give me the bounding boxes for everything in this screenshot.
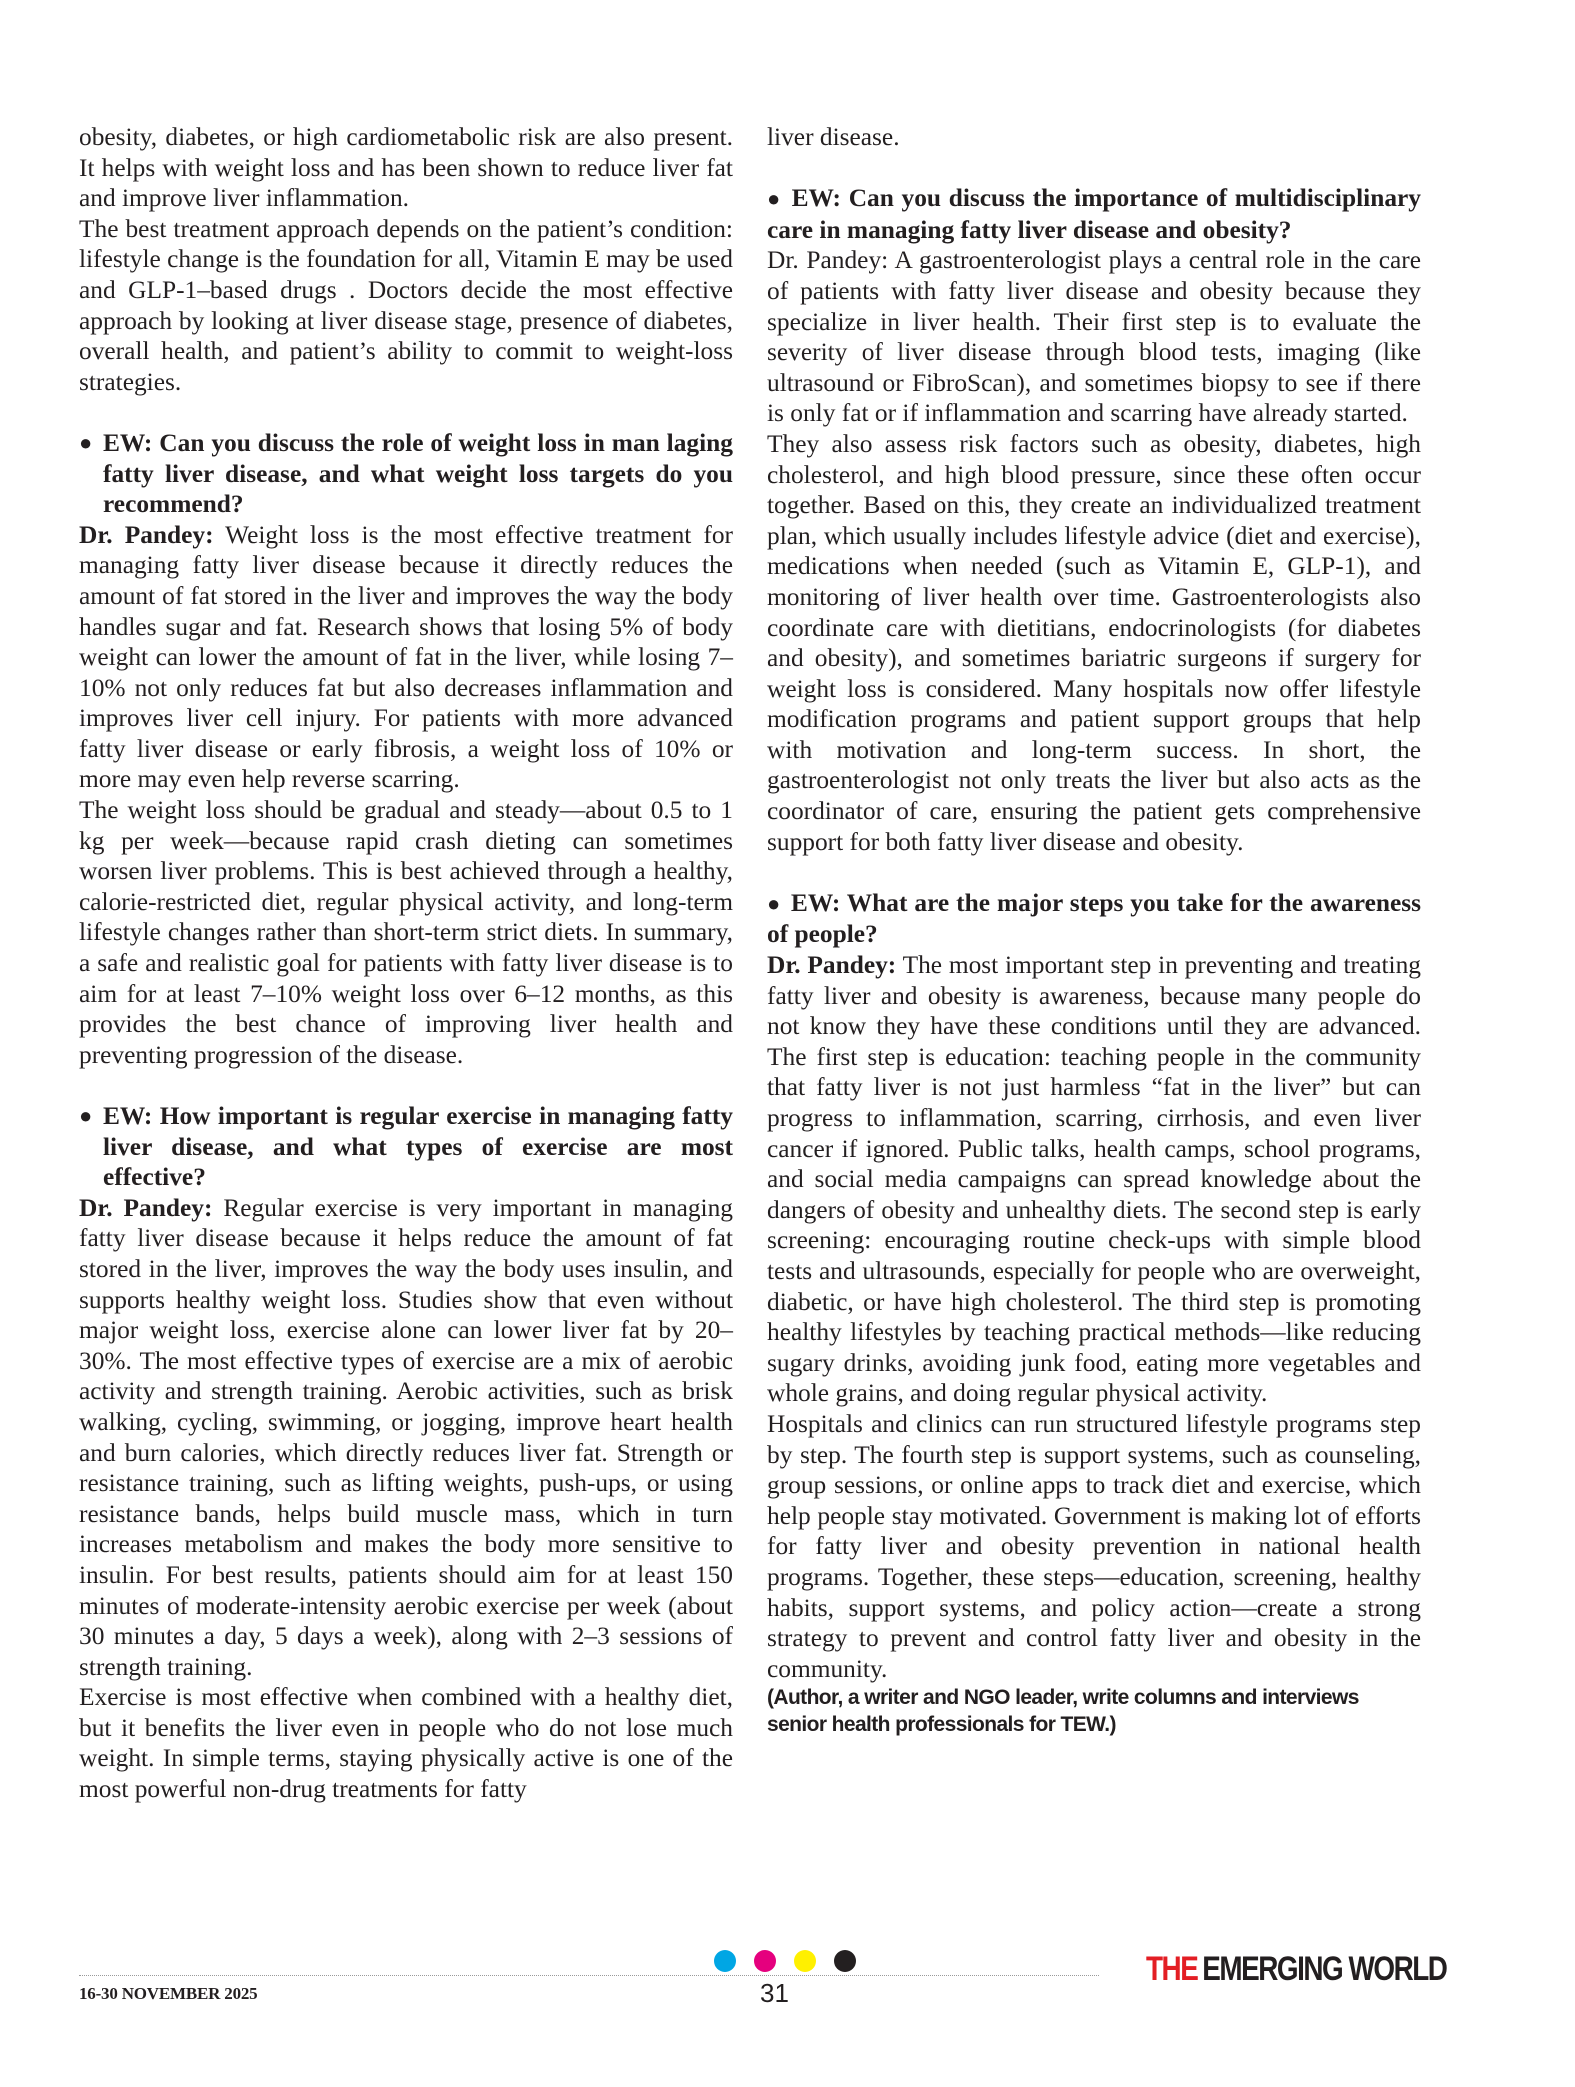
interview-answer: Dr. Pandey: A gastroenterologist plays a…	[767, 245, 1421, 429]
paragraph: The weight loss should be gradual and st…	[79, 795, 733, 1070]
registration-marks	[714, 1950, 856, 1972]
cyan-dot-icon	[714, 1950, 736, 1972]
paragraph: Hospitals and clinics can run structured…	[767, 1409, 1421, 1684]
article-column-left: obesity, diabetes, or high cardiometabol…	[79, 122, 733, 1805]
author-byline: (Author, a writer and NGO leader, write …	[767, 1684, 1421, 1738]
question-text: EW: What are the major steps you take fo…	[767, 889, 1421, 949]
magenta-dot-icon	[754, 1950, 776, 1972]
paragraph: Exercise is most effective when combined…	[79, 1682, 733, 1804]
interview-answer: Dr. Pandey: Weight loss is the most effe…	[79, 520, 733, 795]
page-number: 31	[760, 1978, 789, 2009]
publication-logo: THEEMERGING WORLD	[1146, 1950, 1446, 1989]
paragraph: They also assess risk factors such as ob…	[767, 429, 1421, 857]
answer-text: The most important step in preventing an…	[767, 951, 1421, 1407]
bullet-icon: ●	[767, 891, 781, 916]
bullet-icon: ●	[79, 1101, 92, 1132]
question-text: EW: Can you discuss the role of weight l…	[103, 429, 733, 518]
issue-date: 16-30 NOVEMBER 2025	[79, 1984, 257, 2004]
footer-divider	[79, 1975, 1099, 1976]
answer-text: Regular exercise is very important in ma…	[79, 1194, 733, 1681]
speaker-label: Dr. Pandey:	[767, 951, 896, 979]
question-text: EW: Can you discuss the importance of mu…	[767, 184, 1421, 244]
paragraph: The best treatment approach depends on t…	[79, 214, 733, 398]
paragraph: liver disease.	[767, 122, 1421, 153]
interview-answer: Dr. Pandey: Regular exercise is very imp…	[79, 1193, 733, 1683]
interview-question: ●EW: How important is regular exercise i…	[79, 1101, 733, 1193]
article-column-right: liver disease. ●EW: Can you discuss the …	[767, 122, 1421, 1738]
logo-the: THE	[1146, 1950, 1197, 1988]
speaker-label: Dr. Pandey:	[79, 521, 214, 549]
yellow-dot-icon	[794, 1950, 816, 1972]
question-text: EW: How important is regular exercise in…	[103, 1102, 733, 1191]
interview-question: ●EW: Can you discuss the role of weight …	[79, 428, 733, 520]
black-dot-icon	[834, 1950, 856, 1972]
interview-question: ●EW: Can you discuss the importance of m…	[767, 183, 1421, 245]
answer-text: Weight loss is the most effective treatm…	[79, 521, 733, 794]
bullet-icon: ●	[767, 186, 782, 211]
interview-answer: Dr. Pandey: The most important step in p…	[767, 950, 1421, 1409]
paragraph: obesity, diabetes, or high cardiometabol…	[79, 122, 733, 214]
bullet-icon: ●	[79, 428, 92, 459]
logo-emerging-world: EMERGING WORLD	[1202, 1950, 1446, 1988]
interview-question: ●EW: What are the major steps you take f…	[767, 888, 1421, 950]
speaker-label: Dr. Pandey:	[79, 1194, 212, 1222]
